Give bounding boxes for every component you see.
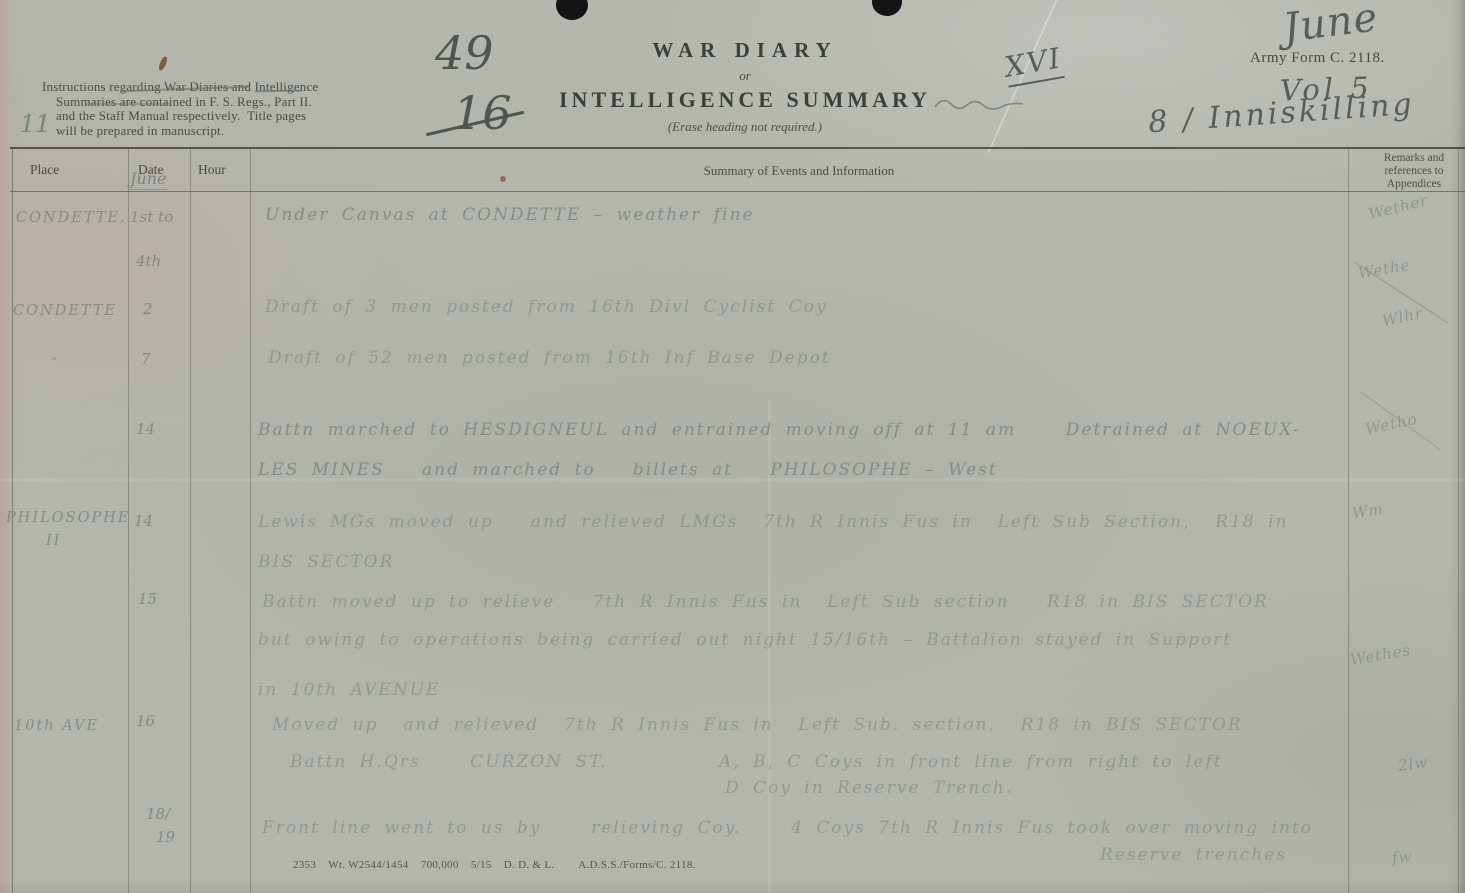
fraction-numerator: 49 <box>435 26 494 80</box>
page-title: WAR DIARY <box>520 38 970 63</box>
summary-line: LES MINES and marched to billets at PHIL… <box>258 460 998 480</box>
title-or: or <box>520 68 970 84</box>
column-divider <box>190 149 191 893</box>
page-subtitle: INTELLIGENCE SUMMARY <box>559 87 931 112</box>
heading-note: (Erase heading not required.) <box>520 119 970 135</box>
illegible-initials: Wether <box>1367 191 1430 223</box>
pen-scribble-icon <box>933 95 1028 117</box>
place-entry: ″ <box>52 356 59 371</box>
table-top-rule <box>10 147 1465 149</box>
illegible-initials: Wethe <box>1357 256 1412 283</box>
column-divider <box>1348 149 1349 893</box>
pencil-strike <box>85 103 170 105</box>
date-entry: 14 <box>136 420 155 438</box>
remarks-header-line: Remarks and <box>1358 152 1465 165</box>
summary-line: Under Canvas at CONDETTE – weather fine <box>265 205 755 225</box>
col-header-remarks: Remarks and references to Appendices <box>1358 152 1465 191</box>
place-entry: CONDETTE. <box>16 210 127 226</box>
remarks-header-line: references to <box>1358 165 1465 178</box>
summary-line: Reserve trenches <box>1100 845 1287 865</box>
col-header-hour: Hour <box>198 162 226 178</box>
place-entry: CONDETTE <box>13 303 117 319</box>
col-header-summary: Summary of Events and Information <box>250 163 1348 179</box>
summary-line: in 10th AVENUE <box>258 680 440 700</box>
summary-line: Battn marched to HESDIGNEUL and entraine… <box>258 420 1300 440</box>
title-block: WAR DIARY or INTELLIGENCE SUMMARY (Erase… <box>520 38 970 135</box>
summary-line: Draft of 3 men posted from 16th Divl Cyc… <box>265 297 827 317</box>
remarks-header-line: Appendices <box>1358 178 1465 191</box>
date-entry: 15 <box>138 590 157 608</box>
ink-stain <box>158 55 168 71</box>
place-entry: 10th AVE <box>14 718 99 734</box>
month-annotation: June <box>1281 0 1381 52</box>
illegible-initials: Wethes <box>1349 641 1413 669</box>
date-entry: 2 <box>143 300 153 318</box>
hole-punch-icon <box>556 0 588 20</box>
roman-numeral-annotation: XVI <box>1002 41 1065 87</box>
instructions-line: will be prepared in manuscript. <box>42 124 402 139</box>
date-entry: 7 <box>141 350 151 368</box>
illegible-initials: fw <box>1391 847 1413 867</box>
fraction-denominator: 16 <box>453 86 512 140</box>
illegible-initials: 2lw <box>1397 753 1429 775</box>
summary-line: but owing to operations being carried ou… <box>258 630 1232 650</box>
war-diary-page: Instructions regarding War Diaries and I… <box>0 0 1465 893</box>
table-header-rule <box>10 191 1465 192</box>
col-header-place: Place <box>30 162 110 178</box>
date-entry: 19 <box>156 828 175 846</box>
place-entry-second-line: II <box>46 533 61 549</box>
date-entry: 1st to <box>130 208 173 226</box>
summary-line: BIS SECTOR <box>258 552 394 572</box>
form-number: Army Form C. 2118. <box>1250 50 1425 67</box>
date-entry: 16 <box>136 712 155 730</box>
instructions-line: and the Staff Manual respectively. Title… <box>42 109 402 124</box>
summary-line: Battn moved up to relieve 7th R Innis Fu… <box>262 592 1269 612</box>
printers-imprint: 2353 Wt. W2544/1454 700,000 5/15 D. D. &… <box>293 859 696 871</box>
summary-line: Front line went to us by relieving Coy. … <box>262 818 1313 838</box>
summary-line: D Coy in Reserve Trench. <box>725 778 1013 798</box>
date-entry: 18/ <box>146 805 170 823</box>
column-divider <box>250 149 251 893</box>
illegible-initials: Wlhr <box>1381 304 1425 330</box>
date-entry: 4th <box>136 252 161 270</box>
summary-line: Moved up and relieved 7th R Innis Fus in… <box>272 715 1243 735</box>
instructions-line: Summaries are contained in F. S. Regs., … <box>42 95 402 110</box>
summary-line: Lewis MGs moved up and relieved LMGs 7th… <box>258 512 1289 532</box>
date-column-month-annotation: June <box>130 169 167 190</box>
date-entry: 14 <box>134 512 153 530</box>
place-entry: PHILOSOPHE <box>6 510 130 526</box>
illegible-initials: Wetho <box>1364 410 1419 439</box>
illegible-initials: Wm <box>1351 500 1385 522</box>
reference-number: 49 16 <box>425 26 535 136</box>
margin-number: 11 <box>20 110 51 138</box>
summary-line: Draft of 52 men posted from 16th Inf Bas… <box>268 348 831 368</box>
summary-line: Battn H.Qrs CURZON ST. A, B, C Coys in f… <box>290 752 1223 772</box>
column-divider <box>1458 149 1459 893</box>
hole-punch-icon <box>872 0 902 16</box>
